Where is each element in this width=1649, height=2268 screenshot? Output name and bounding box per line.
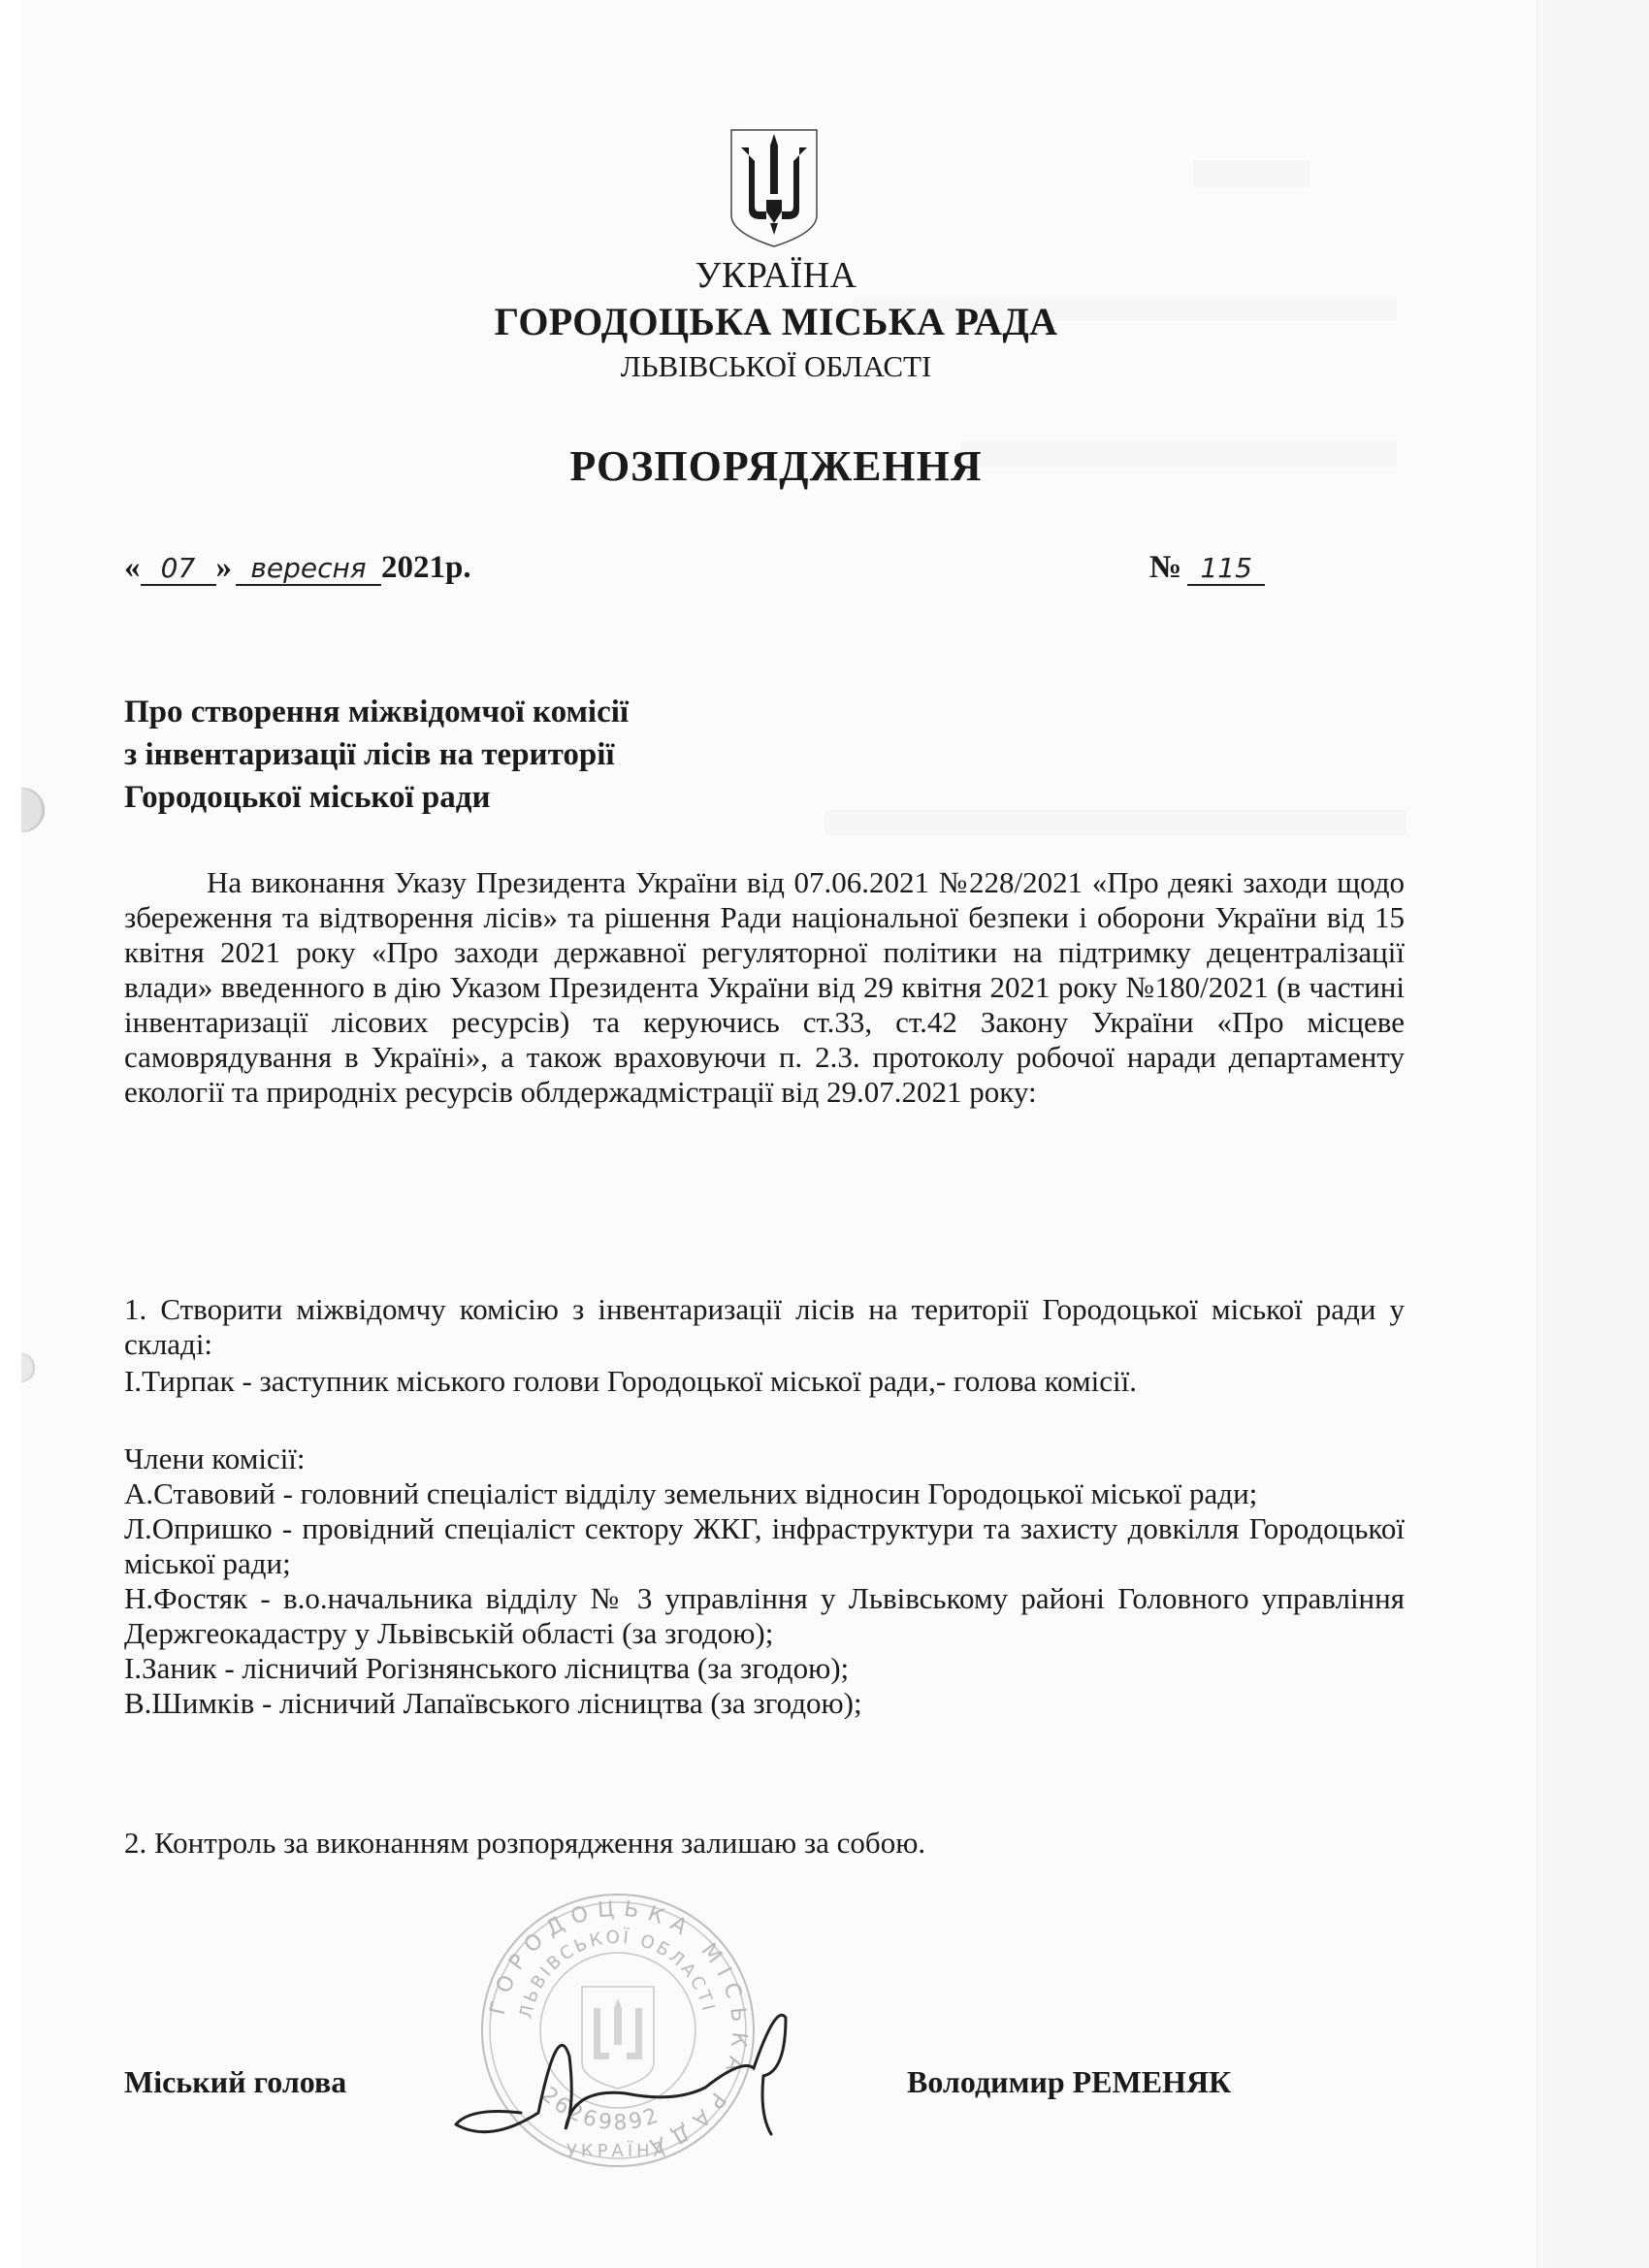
- member-entry: Н.Фостяк - в.о.начальника відділу № 3 уп…: [124, 1581, 1405, 1651]
- order-item-2: 2. Контроль за виконанням розпорядження …: [124, 1826, 1405, 1861]
- header-region: ЛЬВІВСЬКОЇ ОБЛАСТІ: [0, 349, 1552, 384]
- order-item-1: 1. Створити міжвідомчу комісію з інвента…: [124, 1292, 1405, 1362]
- date-day-handwritten: 07: [141, 552, 216, 586]
- subject-line: Городоцької міської ради: [124, 776, 629, 819]
- punch-hole: [21, 788, 45, 832]
- header-council: ГОРОДОЦЬКА МІСЬКА РАДА: [0, 299, 1552, 344]
- document-date: «07»вересня2021р.: [124, 550, 471, 586]
- date-month-handwritten: вересня: [236, 552, 381, 586]
- signature-scribble: [451, 1998, 810, 2154]
- date-year: 2021р.: [381, 550, 471, 585]
- document-type-title: РОЗПОРЯДЖЕННЯ: [0, 441, 1552, 491]
- member-entry: В.Шимків - лісничий Лапаївського лісницт…: [124, 1686, 1405, 1721]
- member-entry: А.Ставовий - головний спеціаліст відділу…: [124, 1476, 1405, 1511]
- commission-chair: І.Тирпак - заступник міського голови Гор…: [124, 1364, 1405, 1399]
- number-handwritten: 115: [1187, 552, 1265, 586]
- scan-right-edge: [1536, 0, 1649, 2268]
- bleed-through-mark: [1193, 160, 1309, 187]
- members-heading: Члени комісії:: [124, 1442, 1405, 1476]
- signatory-name: Володимир РЕМЕНЯК: [907, 2064, 1231, 2100]
- date-open-quote: «: [124, 550, 141, 585]
- document-subject: Про створення міжвідомчої комісії з інве…: [124, 691, 629, 819]
- member-entry: І.Заник - лісничий Рогізнянського лісниц…: [124, 1651, 1405, 1686]
- trident-coat-of-arms-icon: [727, 126, 821, 250]
- members-list: А.Ставовий - головний спеціаліст відділу…: [124, 1476, 1405, 1721]
- subject-line: з інвентаризації лісів на території: [124, 733, 629, 776]
- header-country: УКРАЇНА: [0, 254, 1552, 297]
- signatory-title: Міський голова: [124, 2064, 346, 2100]
- subject-line: Про створення міжвідомчої комісії: [124, 691, 629, 733]
- punch-hole: [21, 1353, 35, 1382]
- document-number: №115: [1149, 550, 1265, 586]
- member-entry: Л.Опришко - провідний спеціаліст сектору…: [124, 1511, 1405, 1581]
- date-close-quote: »: [216, 550, 233, 585]
- number-label: №: [1149, 550, 1181, 585]
- preamble-paragraph: На виконання Указу Президента України ві…: [124, 865, 1405, 1110]
- bleed-through-mark: [824, 810, 1406, 835]
- document-page: УКРАЇНА ГОРОДОЦЬКА МІСЬКА РАДА ЛЬВІВСЬКО…: [0, 0, 1649, 2268]
